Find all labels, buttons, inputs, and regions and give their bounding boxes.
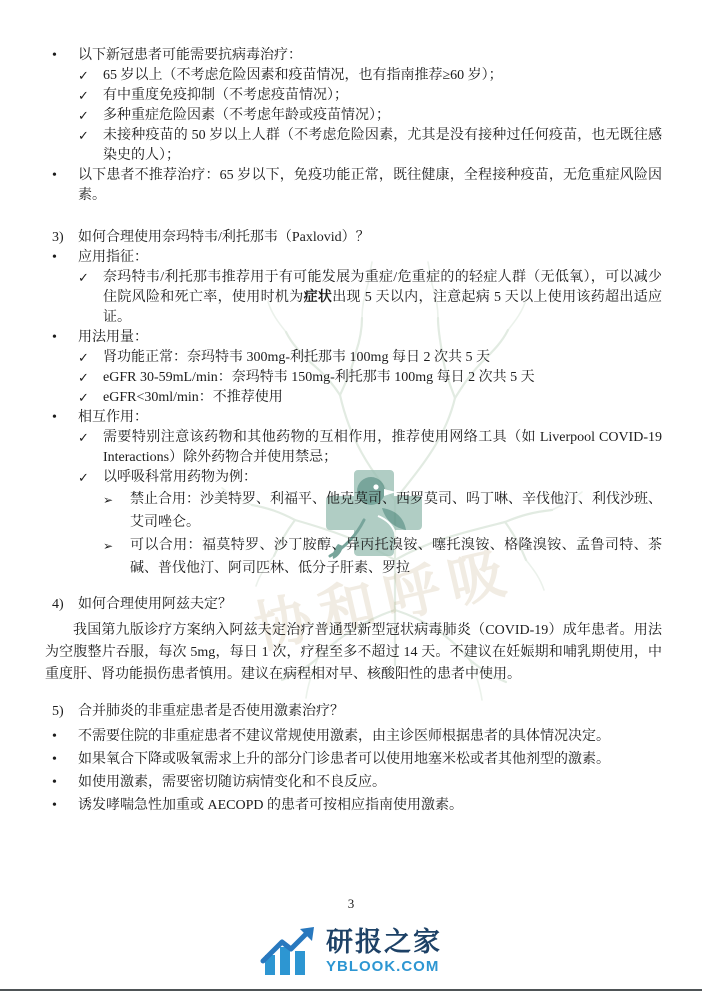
check-item: ✓ 65 岁以上（不考虑危险因素和疫苗情况，也有指南推荐≥60 岁）； bbox=[45, 66, 662, 86]
section-title: 合并肺炎的非重症患者是否使用激素治疗？ bbox=[78, 704, 344, 719]
bullet-item: • 用法用量： bbox=[45, 328, 662, 348]
bullet-marker: • bbox=[52, 46, 57, 66]
check-item: ✓ 有中重度免疫抑制（不考虑疫苗情况）； bbox=[45, 86, 662, 106]
page-bottom-edge bbox=[0, 989, 702, 991]
check-icon: ✓ bbox=[78, 106, 89, 126]
check-item: ✓ 未接种疫苗的 50 岁以上人群（不考虑危险因素，尤其是没有接种过任何疫苗，也… bbox=[45, 126, 662, 166]
bullet-text: 以下患者不推荐治疗：65 岁以下，免疫功能正常，既往健康，全程接种疫苗，无危重症… bbox=[78, 168, 662, 203]
section-heading-q3: 3) 如何合理使用奈玛特韦/利托那韦（Paxlovid）？ bbox=[45, 228, 662, 248]
bullet-marker: • bbox=[52, 328, 57, 348]
bullet-text: 不需要住院的非重症患者不建议常规使用激素，由主诊医师根据患者的具体情况决定。 bbox=[78, 729, 610, 744]
bullet-item: • 以下患者不推荐治疗：65 岁以下，免疫功能正常，既往健康，全程接种疫苗，无危… bbox=[45, 166, 662, 206]
section-number: 5) bbox=[52, 702, 64, 722]
check-text: 有中重度免疫抑制（不考虑疫苗情况）； bbox=[103, 88, 348, 103]
bullet-marker: • bbox=[52, 796, 57, 816]
body-paragraph: 我国第九版诊疗方案纳入阿兹夫定治疗普通型新型冠状病毒肺炎（COVID-19）成年… bbox=[45, 620, 662, 686]
bullet-text: 如使用激素，需要密切随访病情变化和不良反应。 bbox=[78, 775, 386, 790]
bullet-text: 以下新冠患者可能需要抗病毒治疗： bbox=[78, 48, 302, 63]
arrow-marker: ➢ bbox=[103, 535, 113, 558]
check-text: 未接种疫苗的 50 岁以上人群（不考虑危险因素，尤其是没有接种过任何疫苗，也无既… bbox=[103, 128, 662, 163]
yblook-logo: 研报之家 YBLOOK.COM bbox=[0, 925, 702, 977]
bullet-text: 用法用量： bbox=[78, 330, 148, 345]
arrow-item: ➢ 禁止合用：沙美特罗、利福平、他克莫司、西罗莫司、吗丁啉、辛伐他汀、利伐沙班、… bbox=[45, 488, 662, 534]
check-item: ✓ eGFR 30-59mL/min：奈玛特韦 150mg-利托那韦 100mg… bbox=[45, 368, 662, 388]
arrow-marker: ➢ bbox=[103, 489, 113, 512]
emphasis-text: 症状 bbox=[304, 290, 333, 305]
bullet-item: • 如使用激素，需要密切随访病情变化和不良反应。 bbox=[45, 773, 662, 793]
q5-bullet-list: • 不需要住院的非重症患者不建议常规使用激素，由主诊医师根据患者的具体情况决定。… bbox=[45, 727, 662, 816]
bullet-item: • 相互作用： bbox=[45, 408, 662, 428]
section-heading-q5: 5) 合并肺炎的非重症患者是否使用激素治疗？ bbox=[45, 702, 662, 722]
bullet-item: • 应用指征： bbox=[45, 248, 662, 268]
section-number: 3) bbox=[52, 228, 64, 248]
bullet-text: 应用指征： bbox=[78, 250, 148, 265]
bullet-marker: • bbox=[52, 408, 57, 428]
check-icon: ✓ bbox=[78, 348, 89, 368]
section-number: 4) bbox=[52, 595, 64, 615]
check-icon: ✓ bbox=[78, 368, 89, 388]
check-item: ✓ eGFR<30ml/min：不推荐使用 bbox=[45, 388, 662, 408]
section-heading-q4: 4) 如何合理使用阿兹夫定？ bbox=[45, 595, 662, 615]
logo-title: 研报之家 bbox=[326, 929, 442, 956]
check-text: eGFR 30-59mL/min：奈玛特韦 150mg-利托那韦 100mg 每… bbox=[103, 370, 535, 385]
bullet-marker: • bbox=[52, 773, 57, 793]
check-icon: ✓ bbox=[78, 66, 89, 86]
bullet-item: • 如果氧合下降或吸氧需求上升的部分门诊患者可以使用地塞米松或者其他剂型的激素。 bbox=[45, 750, 662, 770]
bullet-item: • 以下新冠患者可能需要抗病毒治疗： bbox=[45, 46, 662, 66]
check-text: 65 岁以上（不考虑危险因素和疫苗情况，也有指南推荐≥60 岁）； bbox=[103, 68, 503, 83]
check-item: ✓ 需要特别注意该药物和其他药物的互相作用，推荐使用网络工具（如 Liverpo… bbox=[45, 428, 662, 468]
logo-domain: YBLOOK.COM bbox=[326, 959, 442, 974]
check-text: 多种重症危险因素（不考虑年龄或疫苗情况）； bbox=[103, 108, 390, 123]
check-icon: ✓ bbox=[78, 126, 89, 146]
check-item: ✓ 肾功能正常：奈玛特韦 300mg-利托那韦 100mg 每日 2 次共 5 … bbox=[45, 348, 662, 368]
check-icon: ✓ bbox=[78, 468, 89, 488]
bullet-marker: • bbox=[52, 166, 57, 186]
bar-chart-arrow-icon bbox=[260, 925, 318, 977]
section-title: 如何合理使用阿兹夫定？ bbox=[78, 597, 232, 612]
check-item: ✓ 多种重症危险因素（不考虑年龄或疫苗情况）； bbox=[45, 106, 662, 126]
document-content: • 以下新冠患者可能需要抗病毒治疗： ✓ 65 岁以上（不考虑危险因素和疫苗情况… bbox=[45, 46, 662, 816]
bullet-marker: • bbox=[52, 248, 57, 268]
check-item: ✓ 奈玛特韦/利托那韦推荐用于有可能发展为重症/危重症的的轻症人群（无低氧），可… bbox=[45, 268, 662, 328]
check-icon: ✓ bbox=[78, 268, 89, 288]
check-icon: ✓ bbox=[78, 86, 89, 106]
bullet-marker: • bbox=[52, 727, 57, 747]
document-page: 协和呼吸 • 以下新冠患者可能需要抗病毒治疗： ✓ 65 岁以上（不考虑危险因素… bbox=[0, 0, 702, 992]
check-text: 奈玛特韦/利托那韦推荐用于有可能发展为重症/危重症的的轻症人群（无低氧），可以减… bbox=[103, 270, 662, 325]
page-number: 3 bbox=[0, 896, 702, 912]
check-text: 肾功能正常：奈玛特韦 300mg-利托那韦 100mg 每日 2 次共 5 天 bbox=[103, 350, 490, 365]
check-icon: ✓ bbox=[78, 428, 89, 448]
check-icon: ✓ bbox=[78, 388, 89, 408]
bullet-text: 如果氧合下降或吸氧需求上升的部分门诊患者可以使用地塞米松或者其他剂型的激素。 bbox=[78, 752, 610, 767]
logo-text-block: 研报之家 YBLOOK.COM bbox=[326, 929, 442, 974]
bullet-item: • 不需要住院的非重症患者不建议常规使用激素，由主诊医师根据患者的具体情况决定。 bbox=[45, 727, 662, 747]
bullet-marker: • bbox=[52, 750, 57, 770]
check-text: 需要特别注意该药物和其他药物的互相作用，推荐使用网络工具（如 Liverpool… bbox=[103, 430, 662, 465]
bullet-text: 诱发哮喘急性加重或 AECOPD 的患者可按相应指南使用激素。 bbox=[78, 798, 463, 813]
arrow-text: 禁止合用：沙美特罗、利福平、他克莫司、西罗莫司、吗丁啉、辛伐他汀、利伐沙班、艾司… bbox=[130, 492, 662, 530]
check-item: ✓ 以呼吸科常用药物为例： bbox=[45, 468, 662, 488]
bullet-item: • 诱发哮喘急性加重或 AECOPD 的患者可按相应指南使用激素。 bbox=[45, 796, 662, 816]
arrow-item: ➢ 可以合用：福莫特罗、沙丁胺醇、异丙托溴铵、噻托溴铵、格隆溴铵、孟鲁司特、茶碱… bbox=[45, 534, 662, 580]
section-title: 如何合理使用奈玛特韦/利托那韦（Paxlovid）？ bbox=[78, 230, 370, 245]
bullet-text: 相互作用： bbox=[78, 410, 148, 425]
check-text: eGFR<30ml/min：不推荐使用 bbox=[103, 390, 283, 405]
check-text: 以呼吸科常用药物为例： bbox=[103, 470, 257, 485]
arrow-text: 可以合用：福莫特罗、沙丁胺醇、异丙托溴铵、噻托溴铵、格隆溴铵、孟鲁司特、茶碱、普… bbox=[130, 538, 662, 576]
